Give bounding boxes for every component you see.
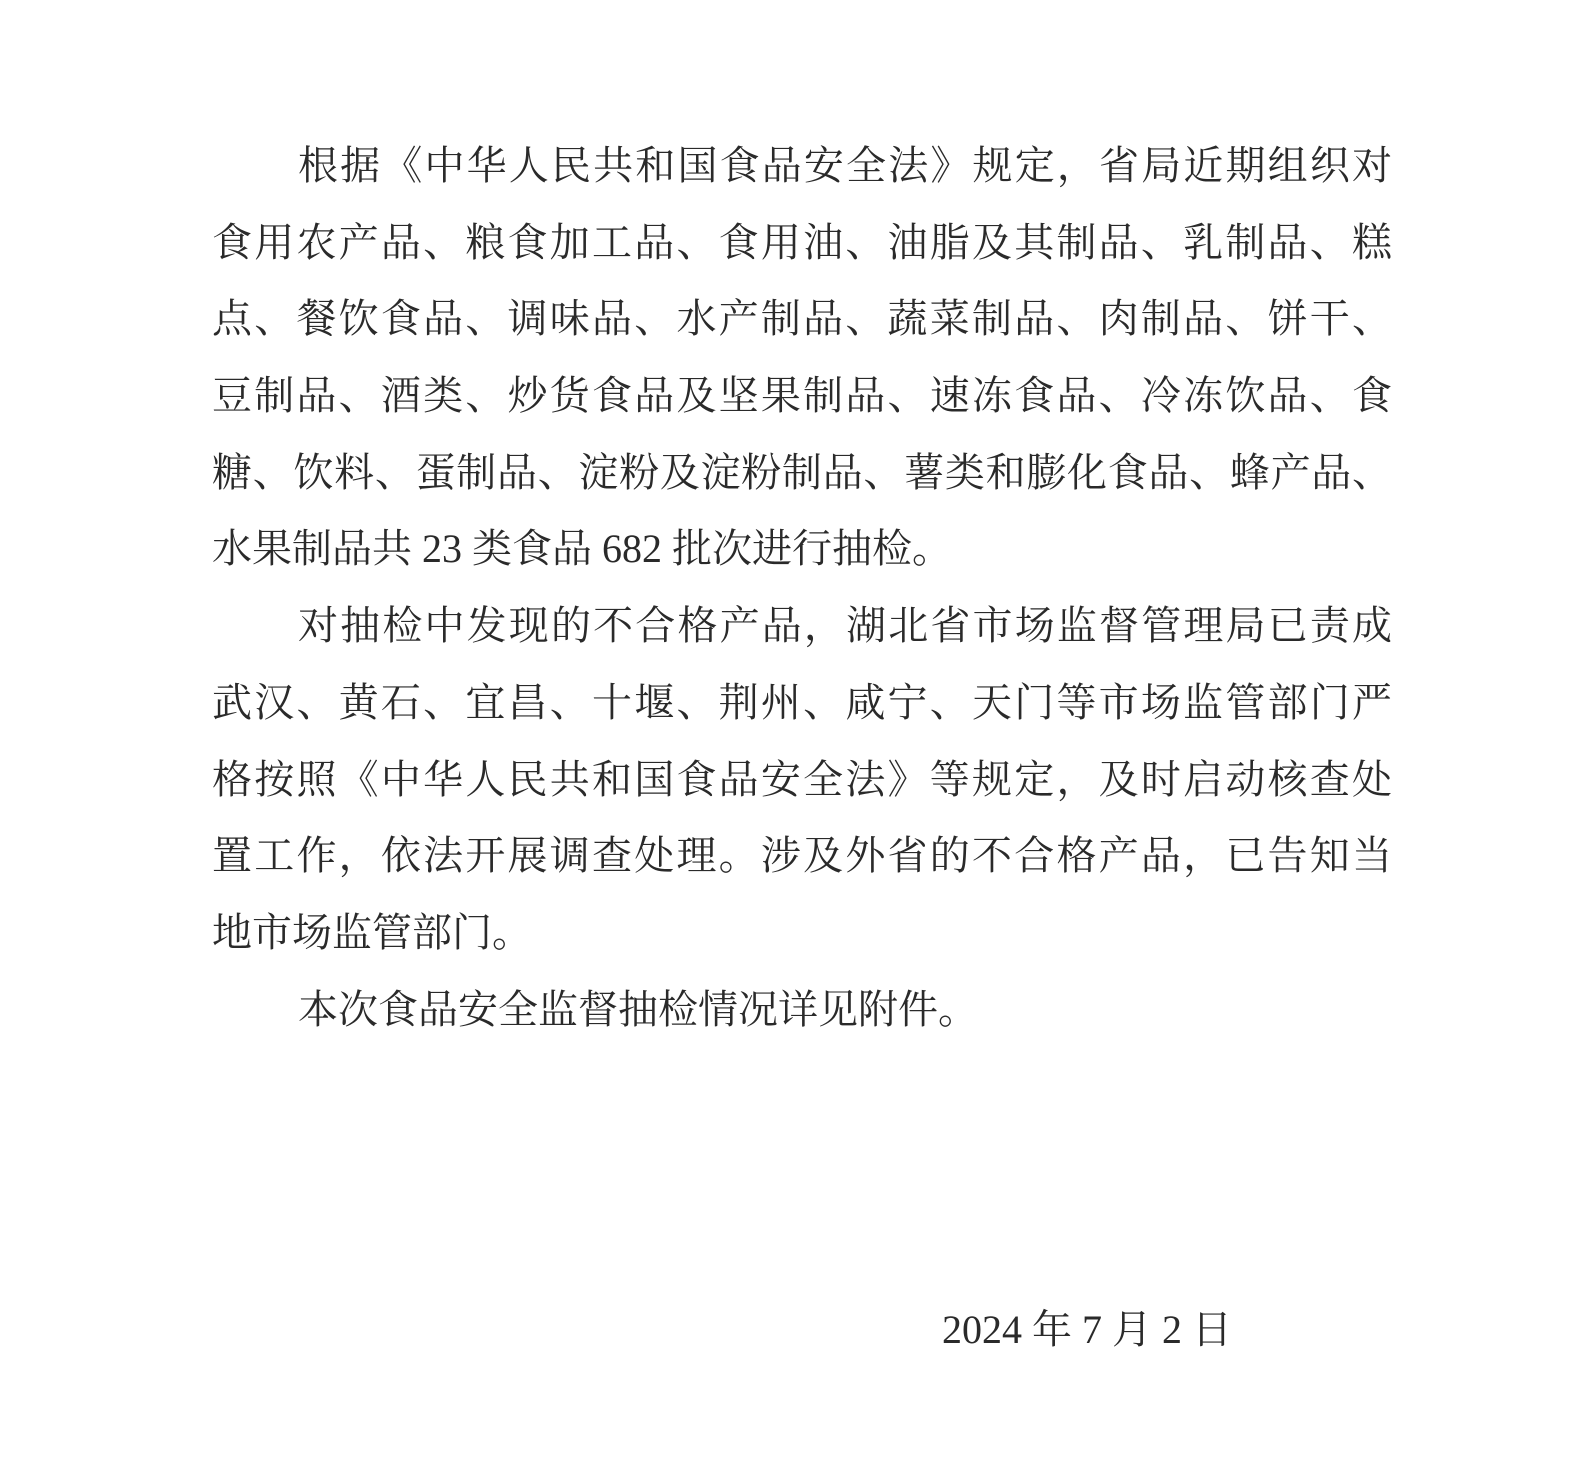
body-line-6: 水果制品共 23 类食品 682 批次进行抽检。 — [212, 511, 1392, 588]
date-line: 2024 年 7 月 2 日 — [212, 1291, 1392, 1368]
body-line-5: 糖、饮料、蛋制品、淀粉及淀粉制品、薯类和膨化食品、蜂产品、 — [212, 435, 1392, 512]
body-line-3: 点、餐饮食品、调味品、水产制品、蔬菜制品、肉制品、饼干、 — [212, 281, 1392, 358]
body-line-11: 地市场监管部门。 — [212, 895, 1392, 972]
body-line-9: 格按照《中华人民共和国食品安全法》等规定，及时启动核查处 — [212, 742, 1392, 819]
body-line-8: 武汉、黄石、宜昌、十堰、荆州、咸宁、天门等市场监管部门严 — [212, 665, 1392, 742]
body-line-1: 根据《中华人民共和国食品安全法》规定，省局近期组织对 — [212, 128, 1392, 205]
body-line-2: 食用农产品、粮食加工品、食用油、油脂及其制品、乳制品、糕 — [212, 205, 1392, 282]
body-line-12: 本次食品安全监督抽检情况详见附件。 — [212, 972, 1392, 1049]
body-line-10: 置工作，依法开展调查处理。涉及外省的不合格产品，已告知当 — [212, 818, 1392, 895]
document-page: 根据《中华人民共和国食品安全法》规定，省局近期组织对 食用农产品、粮食加工品、食… — [0, 0, 1587, 1483]
notice-body: 根据《中华人民共和国食品安全法》规定，省局近期组织对 食用农产品、粮食加工品、食… — [212, 128, 1392, 1368]
body-line-4: 豆制品、酒类、炒货食品及坚果制品、速冻食品、冷冻饮品、食 — [212, 358, 1392, 435]
body-line-7: 对抽检中发现的不合格产品，湖北省市场监督管理局已责成 — [212, 588, 1392, 665]
